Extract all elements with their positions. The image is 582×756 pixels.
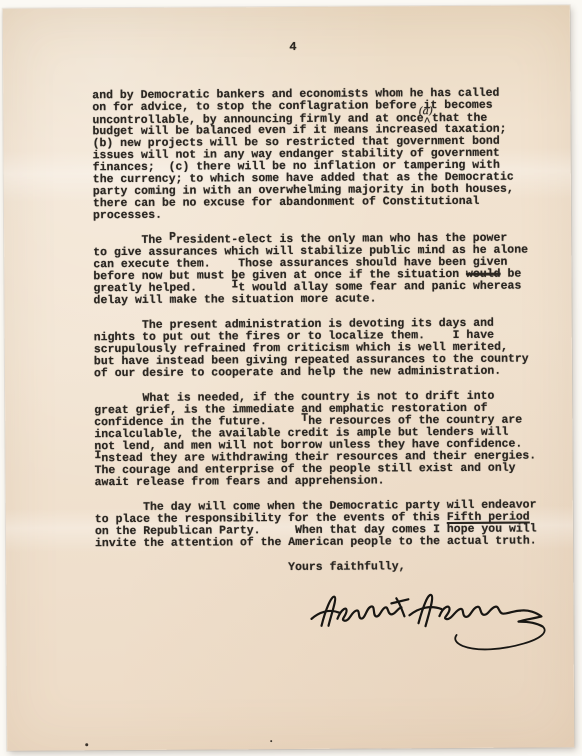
dust-speck	[85, 743, 88, 746]
paragraph: The President-elect is the only man who …	[93, 232, 553, 307]
paragraph: What is needed, if the country is not to…	[94, 390, 555, 489]
text-run-raised: I	[94, 449, 101, 462]
text-run-strike: would	[466, 268, 501, 281]
letter-line: of our desire to cooperate and help the …	[94, 365, 554, 380]
letter-body: and by Democratic bankers and economists…	[92, 87, 555, 575]
scan-background: 4 and by Democratic bankers and economis…	[0, 0, 582, 756]
letter-line: delay will make the situation more acute…	[93, 292, 553, 307]
text-run-insert: (a)	[419, 105, 434, 117]
letter-page: 4 and by Democratic bankers and economis…	[3, 5, 575, 750]
letter-line: await release from fears and apprehensio…	[95, 474, 555, 489]
dust-speck	[270, 740, 272, 742]
signature-ink-icon	[301, 572, 552, 666]
text-run-raised: I	[231, 278, 238, 291]
letter-line: invite the attention of the American peo…	[95, 535, 555, 550]
text-run-raised: T	[301, 412, 308, 425]
page-number: 4	[17, 39, 570, 54]
paragraph: The present administration is devoting i…	[94, 317, 554, 380]
signature-herbert-hoover	[301, 572, 552, 666]
text-run-raised: P	[169, 231, 176, 244]
paragraph: The day will come when the Democratic pa…	[95, 499, 555, 550]
paragraph: and by Democratic bankers and economists…	[92, 87, 553, 222]
text-run-caret: ^	[424, 116, 431, 129]
letter-line: processes.	[93, 207, 553, 222]
